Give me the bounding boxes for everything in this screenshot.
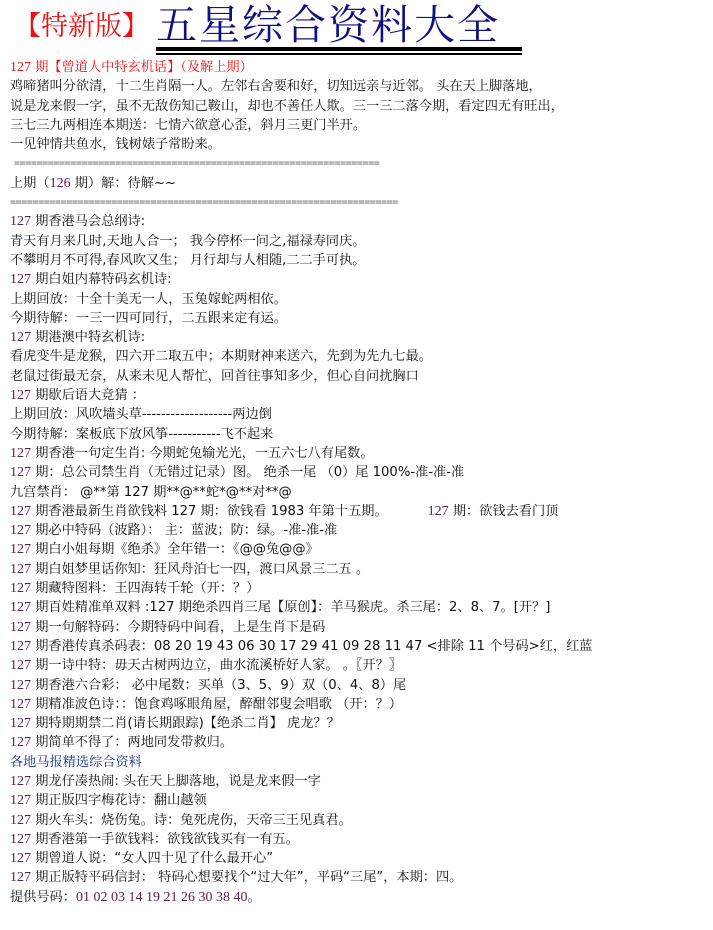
entry-text: 期：总公司禁生肖（无错过记录）图。 绝杀一尾 （0）尾 100%-准-准-准 [31, 465, 464, 480]
entry-line: 127 期白姐内幕特码玄机诗: [10, 270, 710, 289]
entry-text: 期百姓精准单双料 :127 期绝杀四肖三尾【原创】：羊马猴虎。杀三尾：2、8、7… [31, 600, 550, 615]
edition-badge: 【特新版】 [14, 10, 149, 44]
issue-number: 127 [10, 214, 31, 229]
entry-text: 期精准波色诗：：饱食鸡啄眼角屋，醉酣邻叟会唱歌 （开：？） [31, 697, 402, 712]
section-heading: 各地马报精选综合资料 [10, 753, 710, 772]
entry-line: 青天有月来几时,天地人合一； 我今停杯一问之,福禄寿同庆。 [10, 232, 710, 251]
issue-number: 127 [10, 870, 31, 885]
issue-number: 127 [10, 330, 31, 345]
entry-line: 127 期香港马会总纲诗: [10, 212, 710, 231]
entry-text: 期香港最新生肖欲钱料 127 期：欲钱看 1983 年第十五期。 [31, 504, 388, 519]
entry-line: 127 期港澳中特玄机诗: [10, 328, 710, 347]
issue-number: 127 [10, 542, 31, 557]
issue-number: 127 [10, 716, 31, 731]
page-title: 五星综合资料大全 [156, 2, 522, 52]
separator-line: ========================================… [10, 193, 710, 212]
entry-text: 期必中特码（波路）： 主：蓝波；防：绿。-准-准-准 [31, 523, 337, 538]
entry-text: 上期回放：风吹墙头草-------------------两边倒 [10, 407, 272, 422]
entry-line: 老鼠过街最无奈，从来未见人帮忙，回首往事知多少，但心自问扰胸口 [10, 367, 710, 386]
issue-number: 127 [10, 581, 31, 596]
entry-line: 127 期藏特图料：王四海转千轮（开：？） [10, 579, 710, 598]
entry-line: 127 期香港最新生肖欲钱料 127 期：欲钱看 1983 年第十五期。127 … [10, 502, 710, 521]
entry-line: 127 期必中特码（波路）： 主：蓝波；防：绿。-准-准-准 [10, 521, 710, 540]
entry-text: 期一句解特码：今期特码中间看，上是生肖下是码 [31, 620, 325, 635]
entry-line: 127 期歇后语大竞猜 ： [10, 386, 710, 405]
entry-text: 老鼠过街最无奈，从来未见人帮忙，回首往事知多少，但心自问扰胸口 [10, 369, 419, 384]
entry-text: 期白姐内幕特码玄机诗: [31, 272, 172, 287]
issue-number: 127 [10, 774, 31, 789]
issue-number: 127 [10, 832, 31, 847]
provided-numbers: 01 02 03 14 19 21 26 30 38 40 [76, 890, 248, 905]
title-underline-thick [156, 47, 522, 51]
entry-text: 九宫禁肖： @**第 127 期**@**蛇*@**对**@ [10, 485, 292, 500]
issue-number: 127 [10, 658, 31, 673]
issue-number: 127 [428, 504, 449, 519]
entry-line: 上期回放：十全十美无一人，玉兔嫁蛇两相依。 [10, 290, 710, 309]
issue-number: 127 [10, 735, 31, 750]
entry-text: 不攀明月不可得,春风吹又生； 月行却与人相随,二二手可执。 [10, 253, 365, 268]
separator-line: ========================================… [10, 154, 710, 173]
entry-text: 期香港第一手欲钱料：欲钱欲钱买有一有五。 [31, 832, 299, 847]
entry-line: 127 期特期期禁二肖(请长期跟踪)【绝杀二肖】 虎龙？？ [10, 714, 710, 733]
issue-number: 127 [10, 523, 31, 538]
entry-line: 127 期曾道人说：“女人四十见了什么最开心” [10, 849, 710, 868]
intro-line: 鸡啼猪叫分欲清，十二生肖隔一人。左邻右舍要和好，切知远亲与近邻。 头在天上脚落地… [10, 77, 710, 96]
page-header: 【特新版】 五星综合资料大全 [0, 0, 713, 58]
entry-text: 期港澳中特玄机诗: [31, 330, 145, 345]
issue-number: 127 [10, 851, 31, 866]
entry-text: 期简单不得了：两地同发带救归。 [31, 735, 233, 750]
entry-text: 期正版特平码信封： 特码心想要找个“过大年”，平码“三尾”，本期：四。 [31, 870, 462, 885]
entry-text: 今期待解：一三一四可同行，二五跟来定有运。 [10, 311, 287, 326]
entry-line: 127 期百姓精准单双料 :127 期绝杀四肖三尾【原创】：羊马猴虎。杀三尾：2… [10, 598, 710, 617]
entry-text: 期香港六合彩： 必中尾数：买单（3、5、9）双（0、4、8）尾 [31, 678, 406, 693]
entry-line: 今期待解：一三一四可同行，二五跟来定有运。 [10, 309, 710, 328]
section2-list: 127 期龙仔凑热闹: 头在天上脚落地，说是龙来假一字 127 期正版四字梅花诗… [10, 772, 710, 907]
issue-number: 127 [10, 60, 31, 75]
entry-text: 期龙仔凑热闹: 头在天上脚落地，说是龙来假一字 [31, 774, 321, 789]
entry-text: 期特期期禁二肖(请长期跟踪)【绝杀二肖】 虎龙？？ [31, 716, 340, 731]
entry-line: 127 期白小姐每期《绝杀》全年错一：《@@兔@@》 [10, 540, 710, 559]
entry-text: 期白小姐每期《绝杀》全年错一：《@@兔@@》 [31, 542, 319, 557]
intro-line: 一见钟情共鱼水，钱树婊子常盼来。 [10, 135, 710, 154]
entry-text: 期歇后语大竞猜 ： [31, 388, 145, 403]
issue-number: 127 [10, 272, 31, 287]
entry-text: 期香港一句定生肖: 今期蛇兔输光光，一五六七八有尾数。 [31, 446, 374, 461]
intro-line: 三七三九两相连本期送：七情六欲意心歪，斜月三更门半开。 [10, 116, 710, 135]
entry-text: 期一诗中特：毋天古树两边立，曲水流溪桥好人家。 。〖开？〗 [31, 658, 402, 673]
issue-number: 127 [10, 388, 31, 403]
entry-line: 127 期香港一句定生肖: 今期蛇兔输光光，一五六七八有尾数。 [10, 444, 710, 463]
entry-line: 127 期龙仔凑热闹: 头在天上脚落地，说是龙来假一字 [10, 772, 710, 791]
issue-number: 127 [10, 697, 31, 712]
entry-line: 九宫禁肖： @**第 127 期**@**蛇*@**对**@ [10, 483, 710, 502]
issue-number: 127 [10, 446, 31, 461]
entry-text: 看虎变牛是龙猴，四六开二取五中；本期财神来送六，先到为先九七最。 [10, 349, 432, 364]
issue-number: 127 [10, 600, 31, 615]
provided-numbers-line: 提供号码：01 02 03 14 19 21 26 30 38 40。 [10, 888, 710, 907]
entry-text: 期白姐梦里话你知：狂风舟泊七一四，渡口风景三二五 。 [31, 562, 369, 577]
entry-line: 127 期简单不得了：两地同发带救归。 [10, 733, 710, 752]
entry-line: 上期回放：风吹墙头草-------------------两边倒 [10, 405, 710, 424]
entry-line: 127 期一诗中特：毋天古树两边立，曲水流溪桥好人家。 。〖开？〗 [10, 656, 710, 675]
entry-line: 127 期：总公司禁生肖（无错过记录）图。 绝杀一尾 （0）尾 100%-准-准… [10, 463, 710, 482]
entry-line: 127 期香港六合彩： 必中尾数：买单（3、5、9）双（0、4、8）尾 [10, 676, 710, 695]
title-underline-thin [156, 53, 522, 55]
intro-heading: 127 期【曾道人中特玄机话】（及解上期） [10, 58, 710, 77]
document-body: 127 期【曾道人中特玄机话】（及解上期） 鸡啼猪叫分欲清，十二生肖隔一人。左邻… [10, 58, 710, 907]
entry-text: 上期回放：十全十美无一人，玉兔嫁蛇两相依。 [10, 292, 287, 307]
entry-text: 期香港传真杀码表：08 20 19 43 06 30 17 29 41 09 2… [31, 639, 592, 654]
entry-line: 127 期精准波色诗：：饱食鸡啄眼角屋，醉酣邻叟会唱歌 （开：？） [10, 695, 710, 714]
entry-text: 青天有月来几时,天地人合一； 我今停杯一问之,福禄寿同庆。 [10, 234, 365, 249]
last-issue-line: 上期（126 期）解：待解~~ [10, 174, 710, 193]
entry-text: 期：欲钱去看门顶 [449, 504, 559, 519]
issue-number: 127 [10, 639, 31, 654]
entry-text: 期火车头：烧伤兔。诗：兔死虎伤，天帝三王见真君。 [31, 813, 352, 828]
entry-text: 今期待解：案板底下放风筝-----------飞不起来 [10, 427, 273, 442]
entry-line: 127 期正版特平码信封： 特码心想要找个“过大年”，平码“三尾”，本期：四。 [10, 868, 710, 887]
issue-number: 127 [10, 793, 31, 808]
entry-line: 今期待解：案板底下放风筝-----------飞不起来 [10, 425, 710, 444]
entry-text: 期藏特图料：王四海转千轮（开：？） [31, 581, 259, 596]
entry-line: 看虎变牛是龙猴，四六开二取五中；本期财神来送六，先到为先九七最。 [10, 347, 710, 366]
entry-text: 期曾道人说：“女人四十见了什么最开心” [31, 851, 273, 866]
issue-number: 127 [10, 620, 31, 635]
entry-line: 127 期香港传真杀码表：08 20 19 43 06 30 17 29 41 … [10, 637, 710, 656]
entry-line: 127 期一句解特码：今期特码中间看，上是生肖下是码 [10, 618, 710, 637]
entry-line: 127 期正版四字梅花诗：翻山越领 [10, 791, 710, 810]
entry-line: 127 期香港第一手欲钱料：欲钱欲钱买有一有五。 [10, 830, 710, 849]
entry-line: 127 期火车头：烧伤兔。诗：兔死虎伤，天帝三王见真君。 [10, 811, 710, 830]
issue-number: 127 [10, 562, 31, 577]
issue-number: 127 [10, 504, 31, 519]
issue-number: 127 [10, 813, 31, 828]
issue-number: 127 [10, 678, 31, 693]
entry-text: 期香港马会总纲诗: [31, 214, 145, 229]
entry-line: 不攀明月不可得,春风吹又生； 月行却与人相随,二二手可执。 [10, 251, 710, 270]
intro-line: 说是龙来假一字，虽不无敌伤知己鞍山，却也不善任人欺。三一三二落今期，看定四无有旺… [10, 97, 710, 116]
entry-list: 127 期香港马会总纲诗: 青天有月来几时,天地人合一； 我今停杯一问之,福禄寿… [10, 212, 710, 752]
entry-line: 127 期白姐梦里话你知：狂风舟泊七一四，渡口风景三二五 。 [10, 560, 710, 579]
entry-text: 期正版四字梅花诗：翻山越领 [31, 793, 207, 808]
issue-number: 127 [10, 465, 31, 480]
